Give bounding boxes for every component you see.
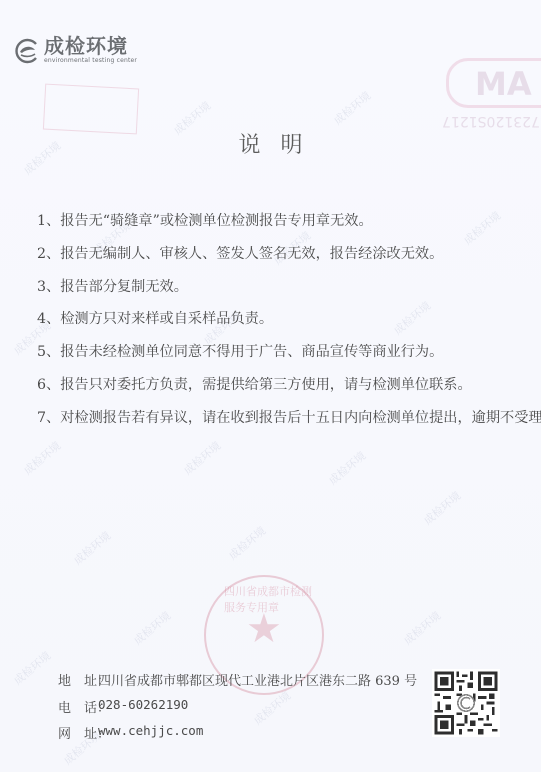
watermark: 成检环境 [330, 88, 374, 129]
watermark: 成检环境 [325, 448, 369, 489]
note-item: 1、报告无“骑缝章”或检测单位检测报告专用章无效。 [37, 205, 541, 238]
phone-label: 电话： [58, 697, 98, 716]
watermark: 成检环境 [400, 608, 444, 649]
address-label: 地址： [58, 670, 98, 689]
phone-value: 028-60262190 [98, 697, 188, 716]
note-item: 7、对检测报告若有异议，请在收到报告后十五日内向检测单位提出，逾期不受理。 [37, 402, 541, 435]
page-title: 说明 [0, 128, 541, 159]
watermark: 成检环境 [70, 528, 114, 569]
note-item: 3、报告部分复制无效。 [37, 271, 541, 304]
logo-chinese-name: 成检环境 [44, 36, 137, 56]
website-line: 网址： www.cehjjc.com [58, 723, 203, 742]
company-logo-icon [14, 38, 40, 64]
logo-english-name: environmental testing center [44, 57, 137, 65]
watermark: 成检环境 [20, 438, 64, 479]
company-logo: 成检环境 environmental testing center [14, 36, 137, 65]
note-item: 6、报告只对委托方负责，需提供给第三方使用，请与检测单位联系。 [37, 369, 541, 402]
cma-stamp-number: 1723120S1217 [442, 113, 541, 129]
website-label: 网址： [58, 723, 98, 742]
qr-code-icon[interactable] [432, 669, 500, 737]
note-item: 4、检测方只对来样或自采样品负责。 [37, 303, 541, 336]
address-line: 地址： 四川省成都市郫都区现代工业港北片区港东二路 639 号 [58, 670, 417, 689]
star-icon: ★ [246, 609, 282, 649]
watermark: 成检环境 [180, 438, 224, 479]
cma-stamp: MA [446, 58, 541, 108]
watermark: 成检环境 [225, 523, 269, 564]
document-page: 成检环境 成检环境 成检环境 成检环境 成检环境 成检环境 成检环境 成检环境 … [0, 0, 541, 772]
faint-rect-stamp [43, 84, 139, 135]
phone-line: 电话： 028-60262190 [58, 697, 188, 716]
website-link[interactable]: www.cehjjc.com [98, 723, 203, 742]
address-value: 四川省成都市郫都区现代工业港北片区港东二路 639 号 [98, 670, 417, 689]
note-item: 2、报告无编制人、审核人、签发人签名无效，报告经涂改无效。 [37, 238, 541, 271]
notes-list: 1、报告无“骑缝章”或检测单位检测报告专用章无效。 2、报告无编制人、审核人、签… [37, 205, 541, 435]
note-item: 5、报告未经检测单位同意不得用于广告、商品宣传等商业行为。 [37, 336, 541, 369]
watermark: 成检环境 [130, 608, 174, 649]
watermark: 成检环境 [420, 488, 464, 529]
watermark: 成检环境 [10, 648, 54, 689]
